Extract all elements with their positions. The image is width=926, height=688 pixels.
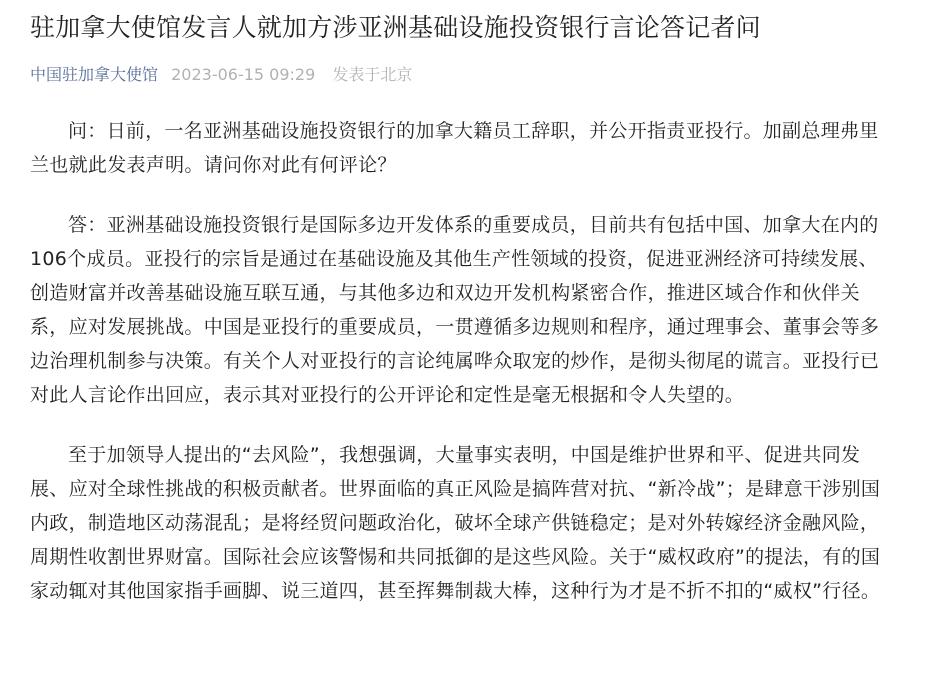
article-title: 驻加拿大使馆发言人就加方涉亚洲基础设施投资银行言论答记者问 (30, 0, 890, 46)
publish-datetime: 2023-06-15 09:29 (171, 65, 315, 84)
article-meta: 中国驻加拿大使馆 2023-06-15 09:29 发表于北京 (30, 64, 890, 86)
article-content: 问：日前，一名亚洲基础设施投资银行的加拿大籍员工辞职，并公开指责亚投行。加副总理… (30, 114, 890, 608)
paragraph-question: 问：日前，一名亚洲基础设施投资银行的加拿大籍员工辞职，并公开指责亚投行。加副总理… (30, 114, 890, 182)
paragraph-derisking: 至于加领导人提出的“去风险”，我想强调，大量事实表明，中国是维护世界和平、促进共… (30, 438, 890, 608)
paragraph-answer: 答：亚洲基础设施投资银行是国际多边开发体系的重要成员，目前共有包括中国、加拿大在… (30, 208, 890, 412)
author-link[interactable]: 中国驻加拿大使馆 (30, 65, 158, 84)
publish-location: 发表于北京 (332, 65, 412, 84)
article: 驻加拿大使馆发言人就加方涉亚洲基础设施投资银行言论答记者问 中国驻加拿大使馆 2… (0, 0, 890, 608)
